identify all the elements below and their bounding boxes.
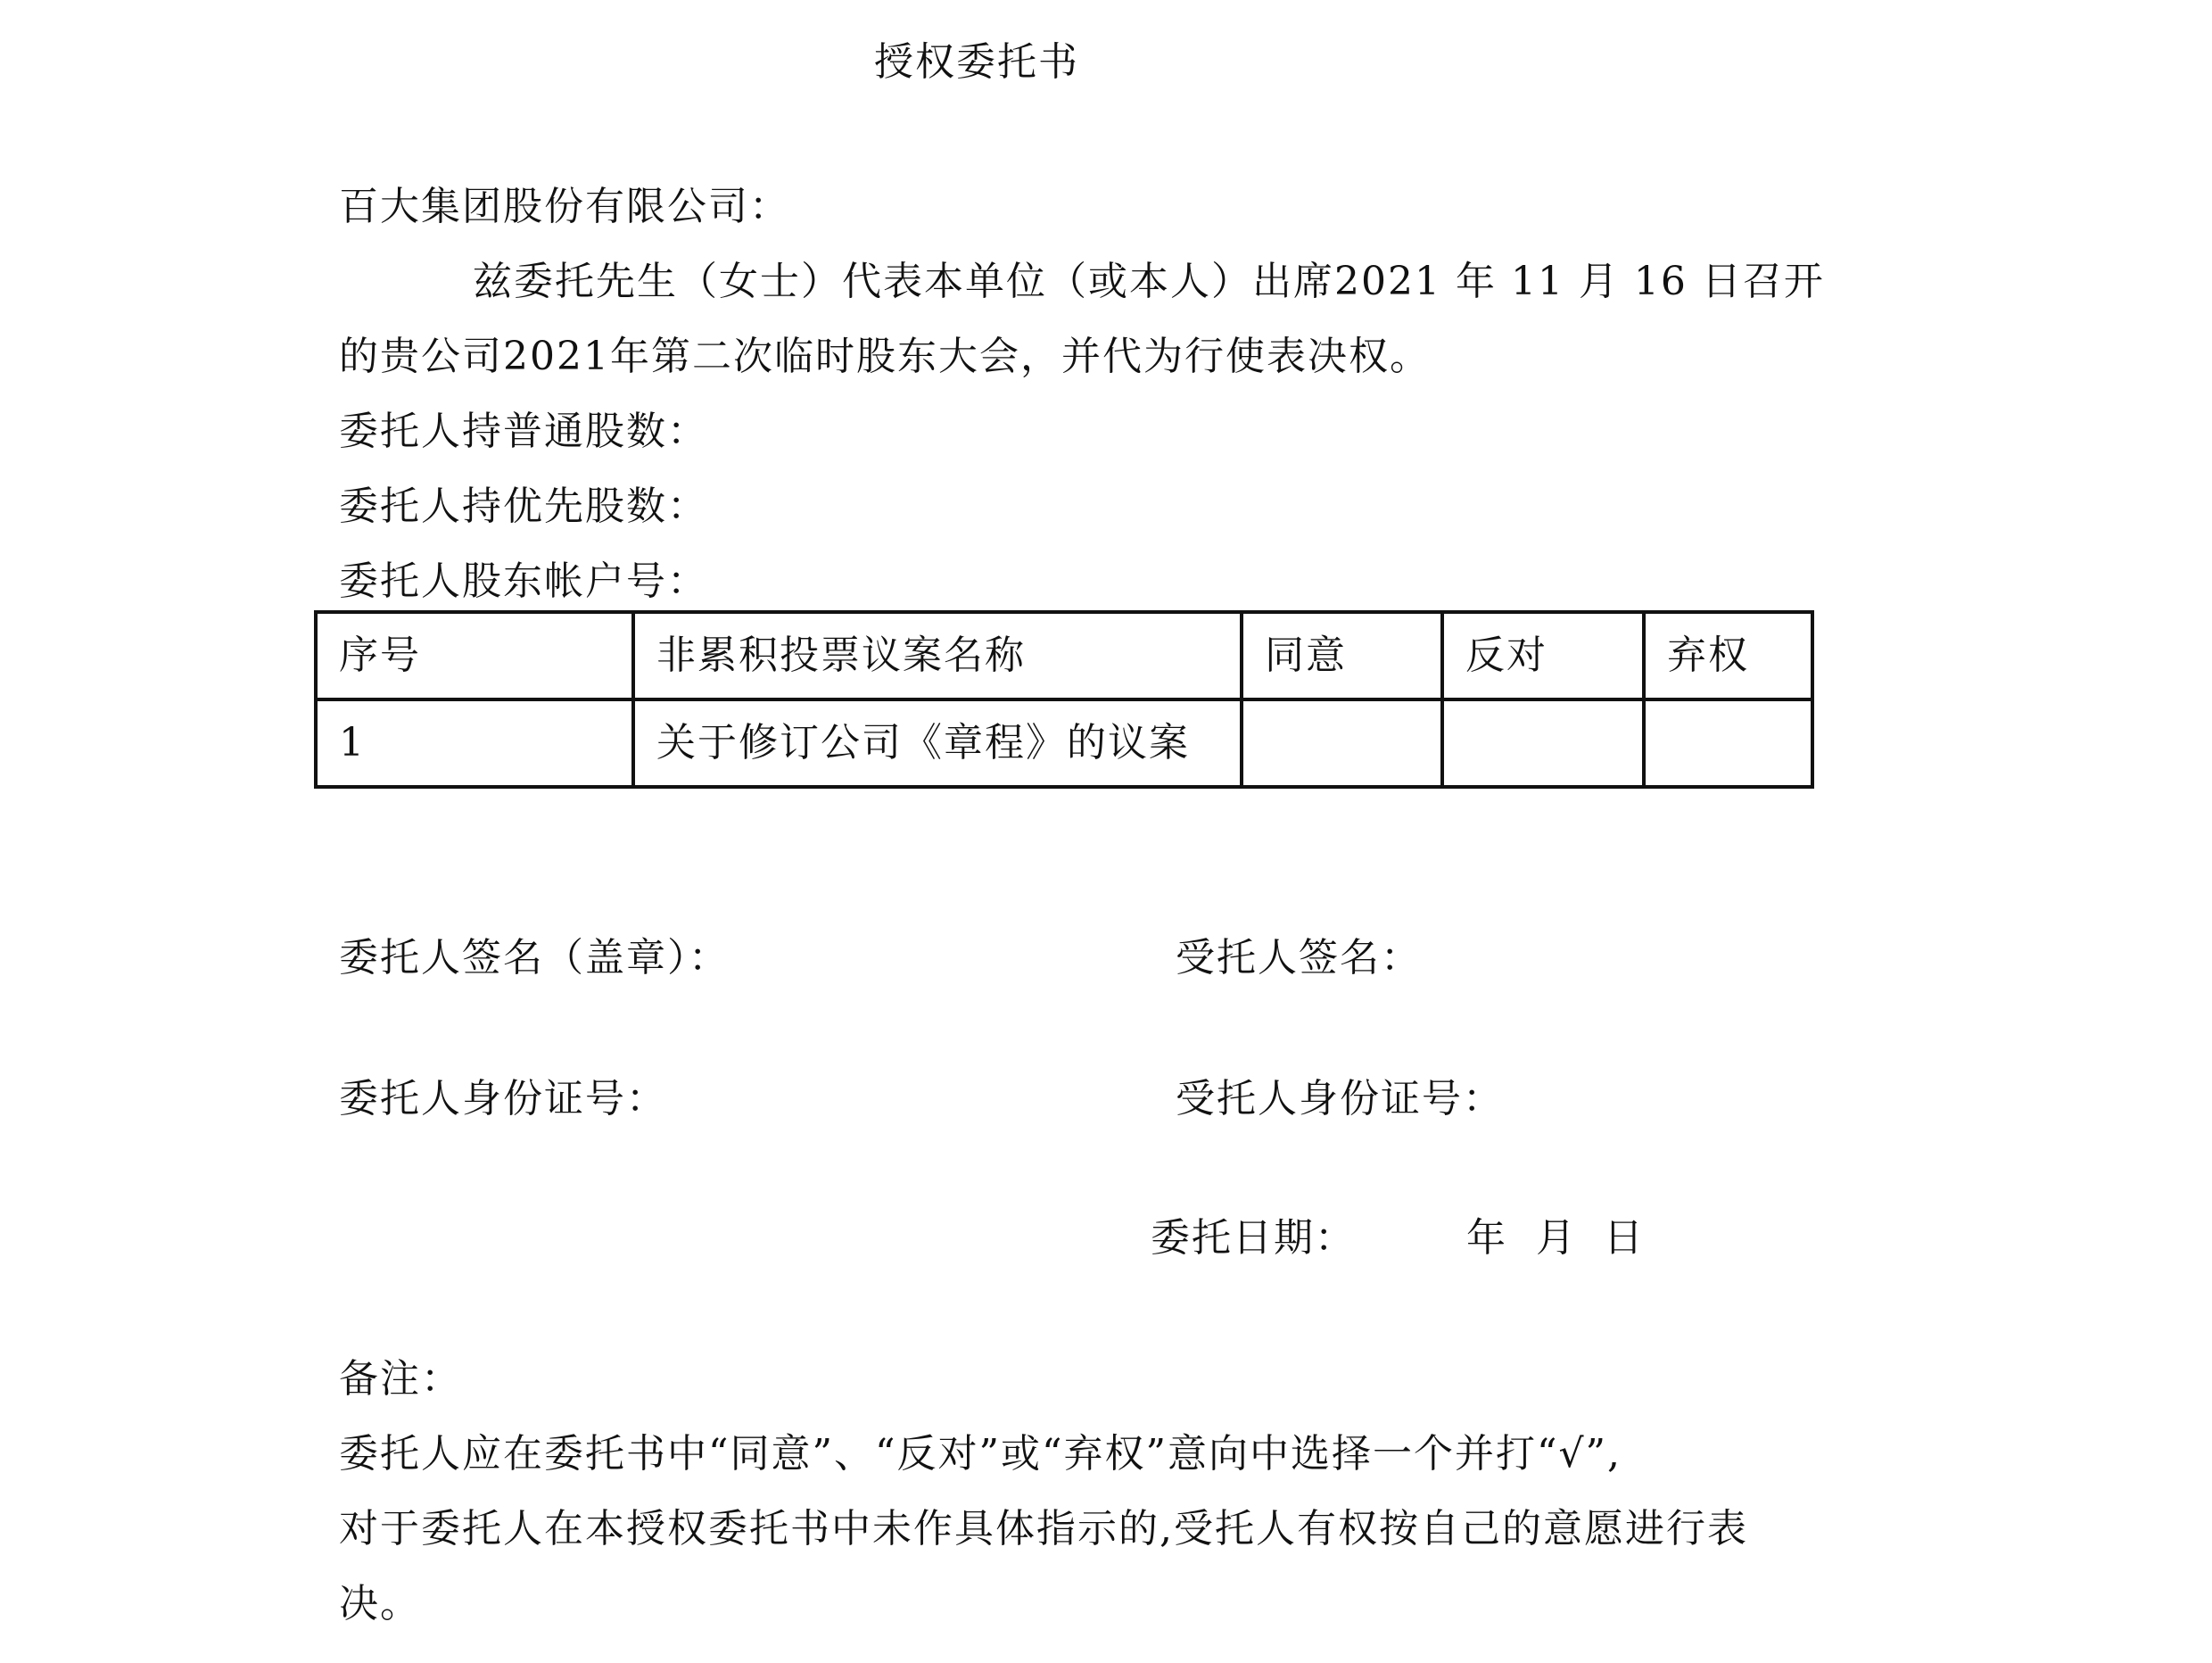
notes-line-1: 委托人应在委托书中“同意”、“反对”或“弃权”意向中选择一个并打“√”, [339, 1429, 1622, 1479]
principal-signature-label: 委托人签名（盖章）： [339, 933, 730, 983]
notes-line-2: 对于委托人在本授权委托书中未作具体指示的,受托人有权按自己的意愿进行表 [339, 1504, 1748, 1554]
voting-table: 序号 非累积投票议案名称 同意 反对 弃权 1 关于修订公司《章程》的议案 [314, 610, 1814, 789]
body-line-1: 兹委托先生（女士）代表本单位（或本人）出席2021 年 11 月 16 日召开 [473, 257, 1825, 307]
date-month: 月 [1536, 1213, 1577, 1263]
cell-agree[interactable] [1242, 699, 1442, 787]
cell-seq: 1 [316, 699, 633, 787]
header-oppose: 反对 [1442, 612, 1644, 699]
header-abstain: 弃权 [1644, 612, 1812, 699]
agent-signature-label: 受托人签名： [1176, 933, 1422, 983]
common-shares-field: 委托人持普通股数： [339, 407, 708, 457]
header-seq: 序号 [316, 612, 633, 699]
date-label: 委托日期： [1151, 1213, 1356, 1263]
addressee: 百大集团股份有限公司： [339, 182, 790, 232]
agent-id-label: 受托人身份证号： [1176, 1074, 1504, 1124]
cell-proposal-name: 关于修订公司《章程》的议案 [633, 699, 1242, 787]
date-year: 年 [1466, 1213, 1507, 1263]
account-number-field: 委托人股东帐户号： [339, 557, 708, 607]
table-row: 1 关于修订公司《章程》的议案 [316, 699, 1812, 787]
preferred-shares-field: 委托人持优先股数： [339, 482, 708, 532]
cell-abstain[interactable] [1644, 699, 1812, 787]
header-proposal-name: 非累积投票议案名称 [633, 612, 1242, 699]
body-line-2: 的贵公司2021年第二次临时股东大会，并代为行使表决权。 [339, 332, 1431, 382]
table-header-row: 序号 非累积投票议案名称 同意 反对 弃权 [316, 612, 1812, 699]
notes-label: 备注： [339, 1354, 462, 1404]
date-day: 日 [1604, 1213, 1645, 1263]
document-title: 授权委托书 [874, 37, 1079, 87]
header-agree: 同意 [1242, 612, 1442, 699]
cell-oppose[interactable] [1442, 699, 1644, 787]
notes-line-3: 决。 [339, 1579, 421, 1629]
principal-id-label: 委托人身份证号： [339, 1074, 667, 1124]
